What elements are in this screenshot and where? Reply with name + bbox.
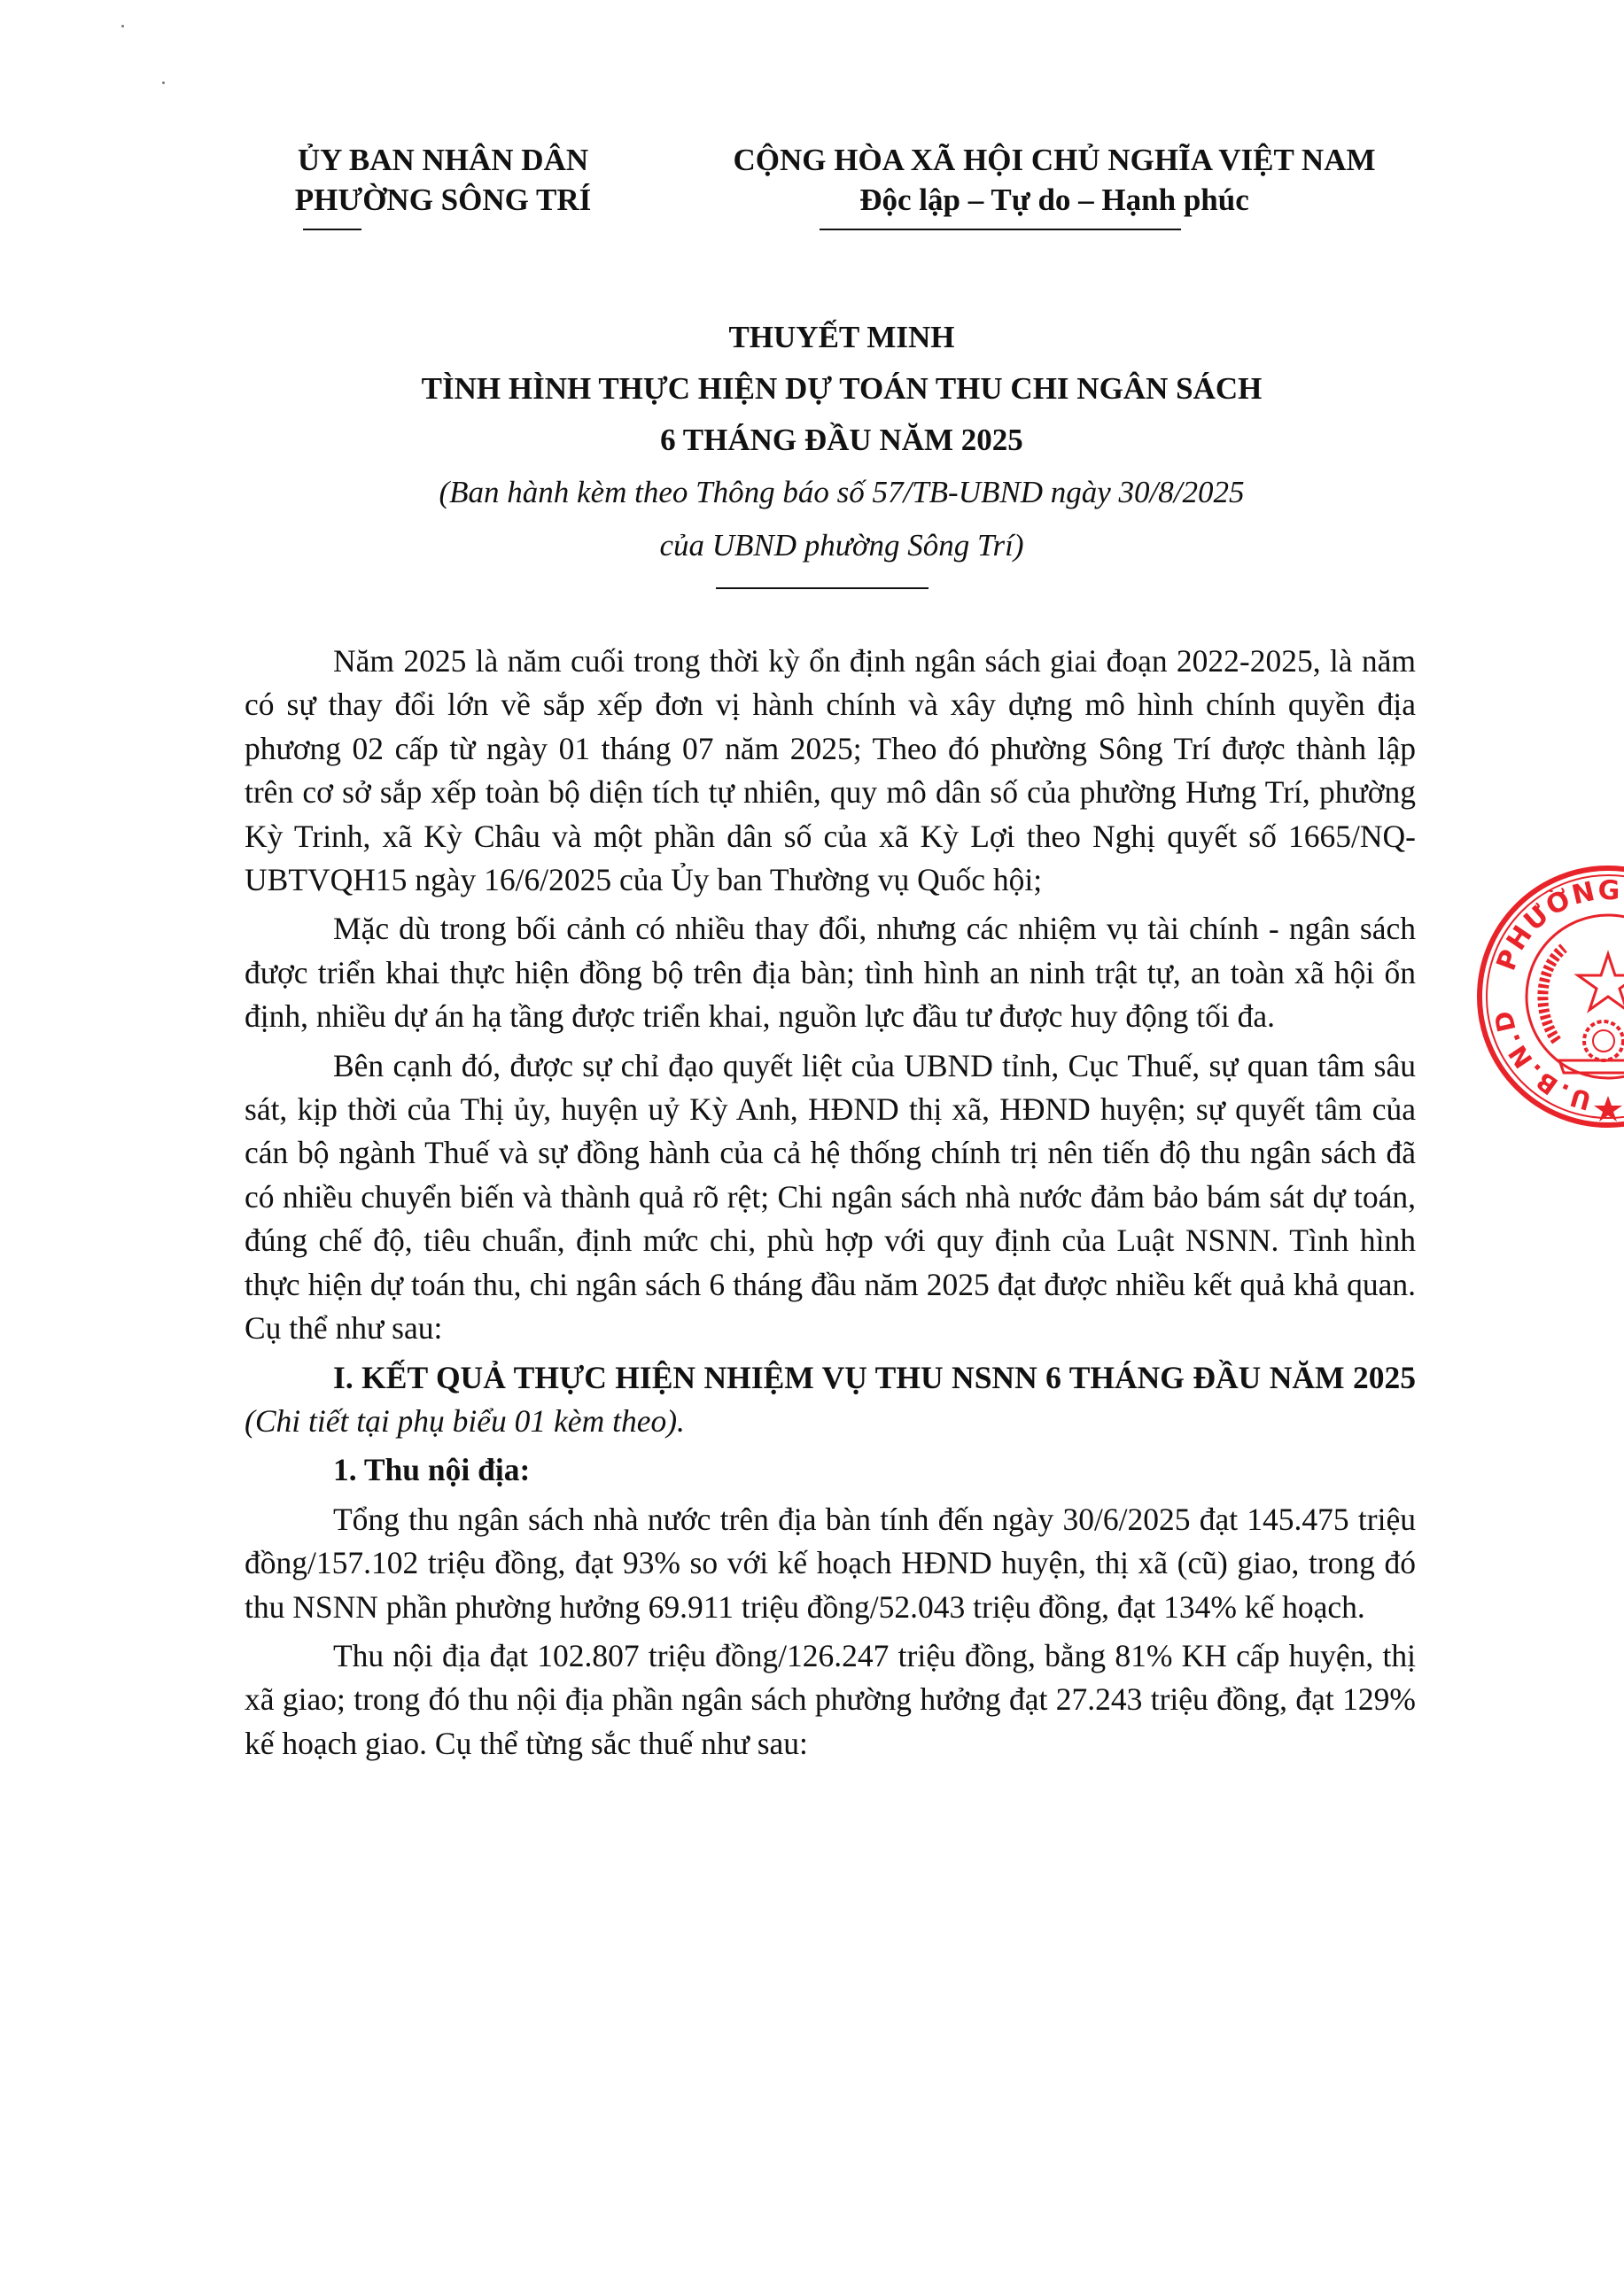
body-paragraph: Thu nội địa đạt 102.807 triệu đồng/126.2… xyxy=(245,1634,1416,1766)
section-heading-text: I. KẾT QUẢ THỰC HIỆN NHIỆM VỤ THU NSNN 6… xyxy=(333,1360,1416,1395)
title-line-1: THUYẾT MINH xyxy=(266,312,1418,363)
title-underline xyxy=(716,587,929,589)
body-paragraph: Năm 2025 là năm cuối trong thời kỳ ổn đị… xyxy=(245,640,1416,902)
scan-speck xyxy=(162,82,165,84)
section-note: (Chi tiết tại phụ biểu 01 kèm theo). xyxy=(245,1403,685,1439)
motto-underline xyxy=(820,229,1181,230)
title-line-3: 6 THÁNG ĐẦU NĂM 2025 xyxy=(266,415,1418,466)
body-paragraph: Tổng thu ngân sách nhà nước trên địa bàn… xyxy=(245,1498,1416,1629)
section-heading: I. KẾT QUẢ THỰC HIỆN NHIỆM VỤ THU NSNN 6… xyxy=(245,1356,1416,1444)
body-paragraph: Bên cạnh đó, được sự chỉ đạo quyết liệt … xyxy=(245,1044,1416,1351)
subsection-heading: 1. Thu nội địa: xyxy=(245,1448,1416,1492)
seal-emblem-icon: PHƯỜNG SÔNG U.B.N.D xyxy=(1475,864,1624,1129)
scan-speck xyxy=(121,25,124,27)
authority-line-2: PHƯỜNG SÔNG TRÍ xyxy=(266,180,620,220)
body-paragraph: Mặc dù trong bối cảnh có nhiều thay đổi,… xyxy=(245,907,1416,1038)
official-seal-icon: PHƯỜNG SÔNG U.B.N.D xyxy=(1475,864,1624,1129)
issuing-authority: ỦY BAN NHÂN DÂN PHƯỜNG SÔNG TRÍ xyxy=(266,140,620,220)
country-name: CỘNG HÒA XÃ HỘI CHỦ NGHĨA VIỆT NAM xyxy=(656,140,1453,180)
subtitle-line-2: của UBND phường Sông Trí) xyxy=(266,519,1418,572)
authority-underline xyxy=(303,229,361,230)
motto: Độc lập – Tự do – Hạnh phúc xyxy=(656,180,1453,220)
document-body: Năm 2025 là năm cuối trong thời kỳ ổn đị… xyxy=(245,640,1416,1771)
document-title: THUYẾT MINH TÌNH HÌNH THỰC HIỆN DỰ TOÁN … xyxy=(266,312,1418,572)
subtitle-line-1: (Ban hành kèm theo Thông báo số 57/TB-UB… xyxy=(266,466,1418,519)
title-line-2: TÌNH HÌNH THỰC HIỆN DỰ TOÁN THU CHI NGÂN… xyxy=(266,363,1418,415)
authority-line-1: ỦY BAN NHÂN DÂN xyxy=(266,140,620,180)
national-motto: CỘNG HÒA XÃ HỘI CHỦ NGHĨA VIỆT NAM Độc l… xyxy=(656,140,1453,220)
